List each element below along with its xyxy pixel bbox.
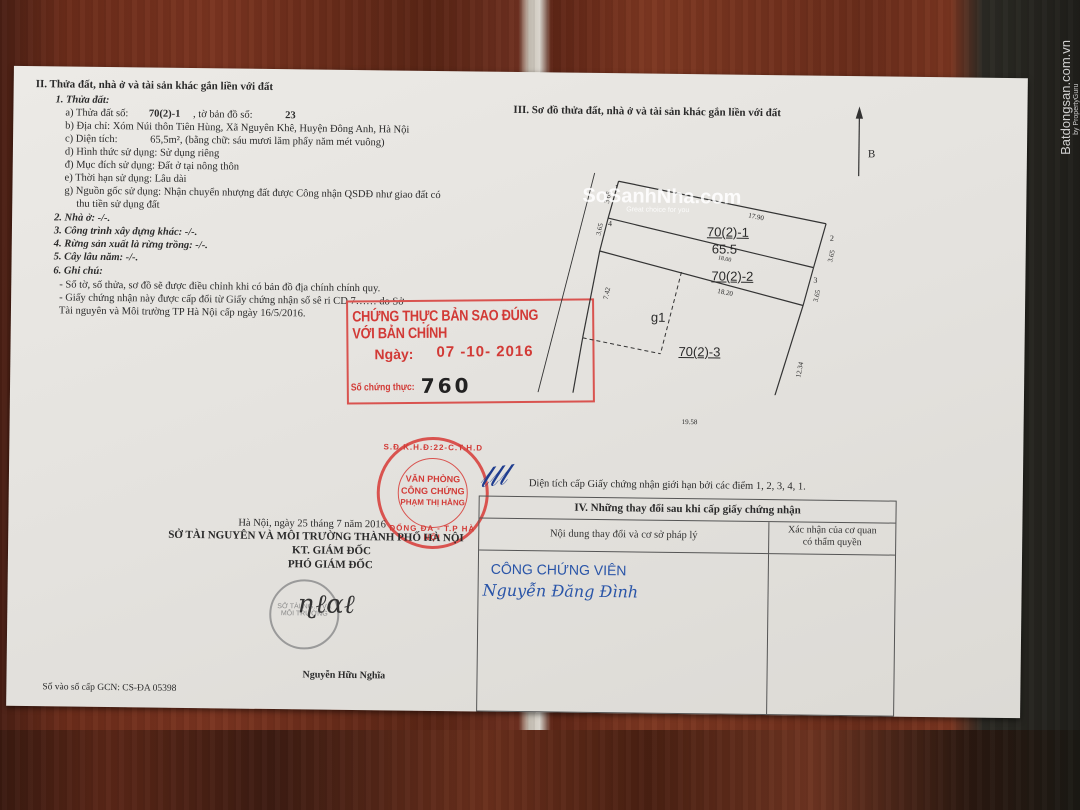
wood-floor bbox=[0, 730, 1080, 810]
notes-heading: 6. Ghi chú: bbox=[53, 264, 102, 278]
batdongsan-watermark: Batdongsan.com.vn by PropertyGuru bbox=[1058, 40, 1080, 155]
point-2: 2 bbox=[830, 234, 834, 244]
parcel-3-id: 70(2)-3 bbox=[678, 344, 720, 361]
signer-role-1: KT. GIÁM ĐỐC bbox=[292, 544, 371, 559]
col-header-confirmation: Xác nhận của cơ quan có thẩm quyền bbox=[769, 522, 895, 556]
col2-line2: có thẩm quyền bbox=[769, 536, 895, 550]
dim-19-58: 19.58 bbox=[682, 418, 698, 427]
parcel-label: a) Thửa đất số: bbox=[65, 107, 128, 119]
director-signature: ɳℓɑℓ bbox=[297, 589, 355, 620]
brand-name: Batdongsan bbox=[1058, 86, 1073, 155]
land-certificate-page: II. Thửa đất, nhà ở và tài sản khác gắn … bbox=[6, 66, 1028, 718]
map-sheet-label: , tờ bản đồ số: bbox=[193, 109, 253, 121]
area-label: c) Diện tích: bbox=[65, 133, 118, 145]
col2-line1: Xác nhận của cơ quan bbox=[769, 524, 895, 538]
north-arrow-icon bbox=[856, 108, 863, 176]
stamp-title: CHỨNG THỰC BẢN SAO ĐÚNG VỚI BẢN CHÍNH bbox=[352, 307, 556, 343]
stamp-date-label: Ngày: bbox=[374, 346, 413, 362]
signer-role-2: PHÓ GIÁM ĐỐC bbox=[288, 558, 373, 573]
issuing-authority: SỞ TÀI NGUYÊN VÀ MÔI TRƯỜNG THÀNH PHỐ HÀ… bbox=[168, 529, 464, 546]
north-label: B bbox=[868, 148, 876, 162]
brand-suffix: .com.vn bbox=[1058, 40, 1073, 86]
land-heading: 1. Thửa đất: bbox=[55, 93, 109, 107]
notary-title: CÔNG CHỨNG VIÊN bbox=[491, 561, 627, 579]
changes-table: IV. Những thay đổi sau khi cấp giấy chứn… bbox=[476, 496, 897, 717]
parcel-2-id: 70(2)-2 bbox=[711, 268, 753, 285]
notary-name: Nguyễn Đăng Đình bbox=[482, 581, 638, 602]
sosanhnha-name: SoSanhNha.com bbox=[582, 185, 741, 209]
parcel-number: 70(2)-1 bbox=[149, 108, 181, 119]
section2-title: II. Thửa đất, nhà ở và tài sản khác gắn … bbox=[36, 78, 274, 95]
changes-cell: CÔNG CHỨNG VIÊN Nguyễn Đăng Đình bbox=[477, 551, 769, 715]
stamp-line3: PHẠM THỊ HẰNG bbox=[380, 497, 486, 507]
parcel-1-id: 70(2)-1 bbox=[707, 224, 749, 241]
stamp-line2: CÔNG CHỨNG bbox=[380, 485, 486, 496]
notary-signature: 𝓁𝓁𝓁 bbox=[477, 458, 509, 495]
parcel-1-area: 65.5 bbox=[712, 241, 738, 258]
origin-line2: thu tiền sử dụng đất bbox=[76, 198, 159, 212]
house: 2. Nhà ở: -/-. bbox=[54, 211, 110, 225]
point-4: 4 bbox=[608, 219, 612, 229]
sosanhnha-watermark: SoSanhNha.com Great choice for you bbox=[582, 185, 741, 215]
stamp-number-value: 760 bbox=[421, 373, 472, 397]
note3: Tài nguyên và Môi trường TP Hà Nội cấp n… bbox=[59, 304, 306, 320]
signer-name: Nguyễn Hữu Nghĩa bbox=[302, 669, 385, 683]
point-3: 3 bbox=[813, 276, 817, 286]
brand-tagline: by PropertyGuru bbox=[1073, 40, 1080, 135]
stamp-ring-top: S.Đ.K.H.Đ:22-C.T.H.D bbox=[380, 442, 486, 452]
stamp-line1: VĂN PHÒNG bbox=[380, 473, 486, 484]
stamp-date-value: 07 -10- 2016 bbox=[436, 343, 533, 361]
stamp-number-label: Số chứng thực: bbox=[351, 382, 415, 394]
map-sheet-number: 23 bbox=[285, 110, 296, 121]
area-boundary-note: Diện tích cấp Giấy chứng nhận giới hạn b… bbox=[529, 477, 806, 494]
building-label: g1 bbox=[651, 310, 666, 326]
col-header-changes: Nội dung thay đổi và cơ sở pháp lý bbox=[479, 519, 769, 555]
registry-number: Số vào sổ cấp GCN: CS-ĐA 05398 bbox=[42, 682, 176, 696]
perennial: 5. Cây lâu năm: -/-. bbox=[54, 250, 139, 264]
